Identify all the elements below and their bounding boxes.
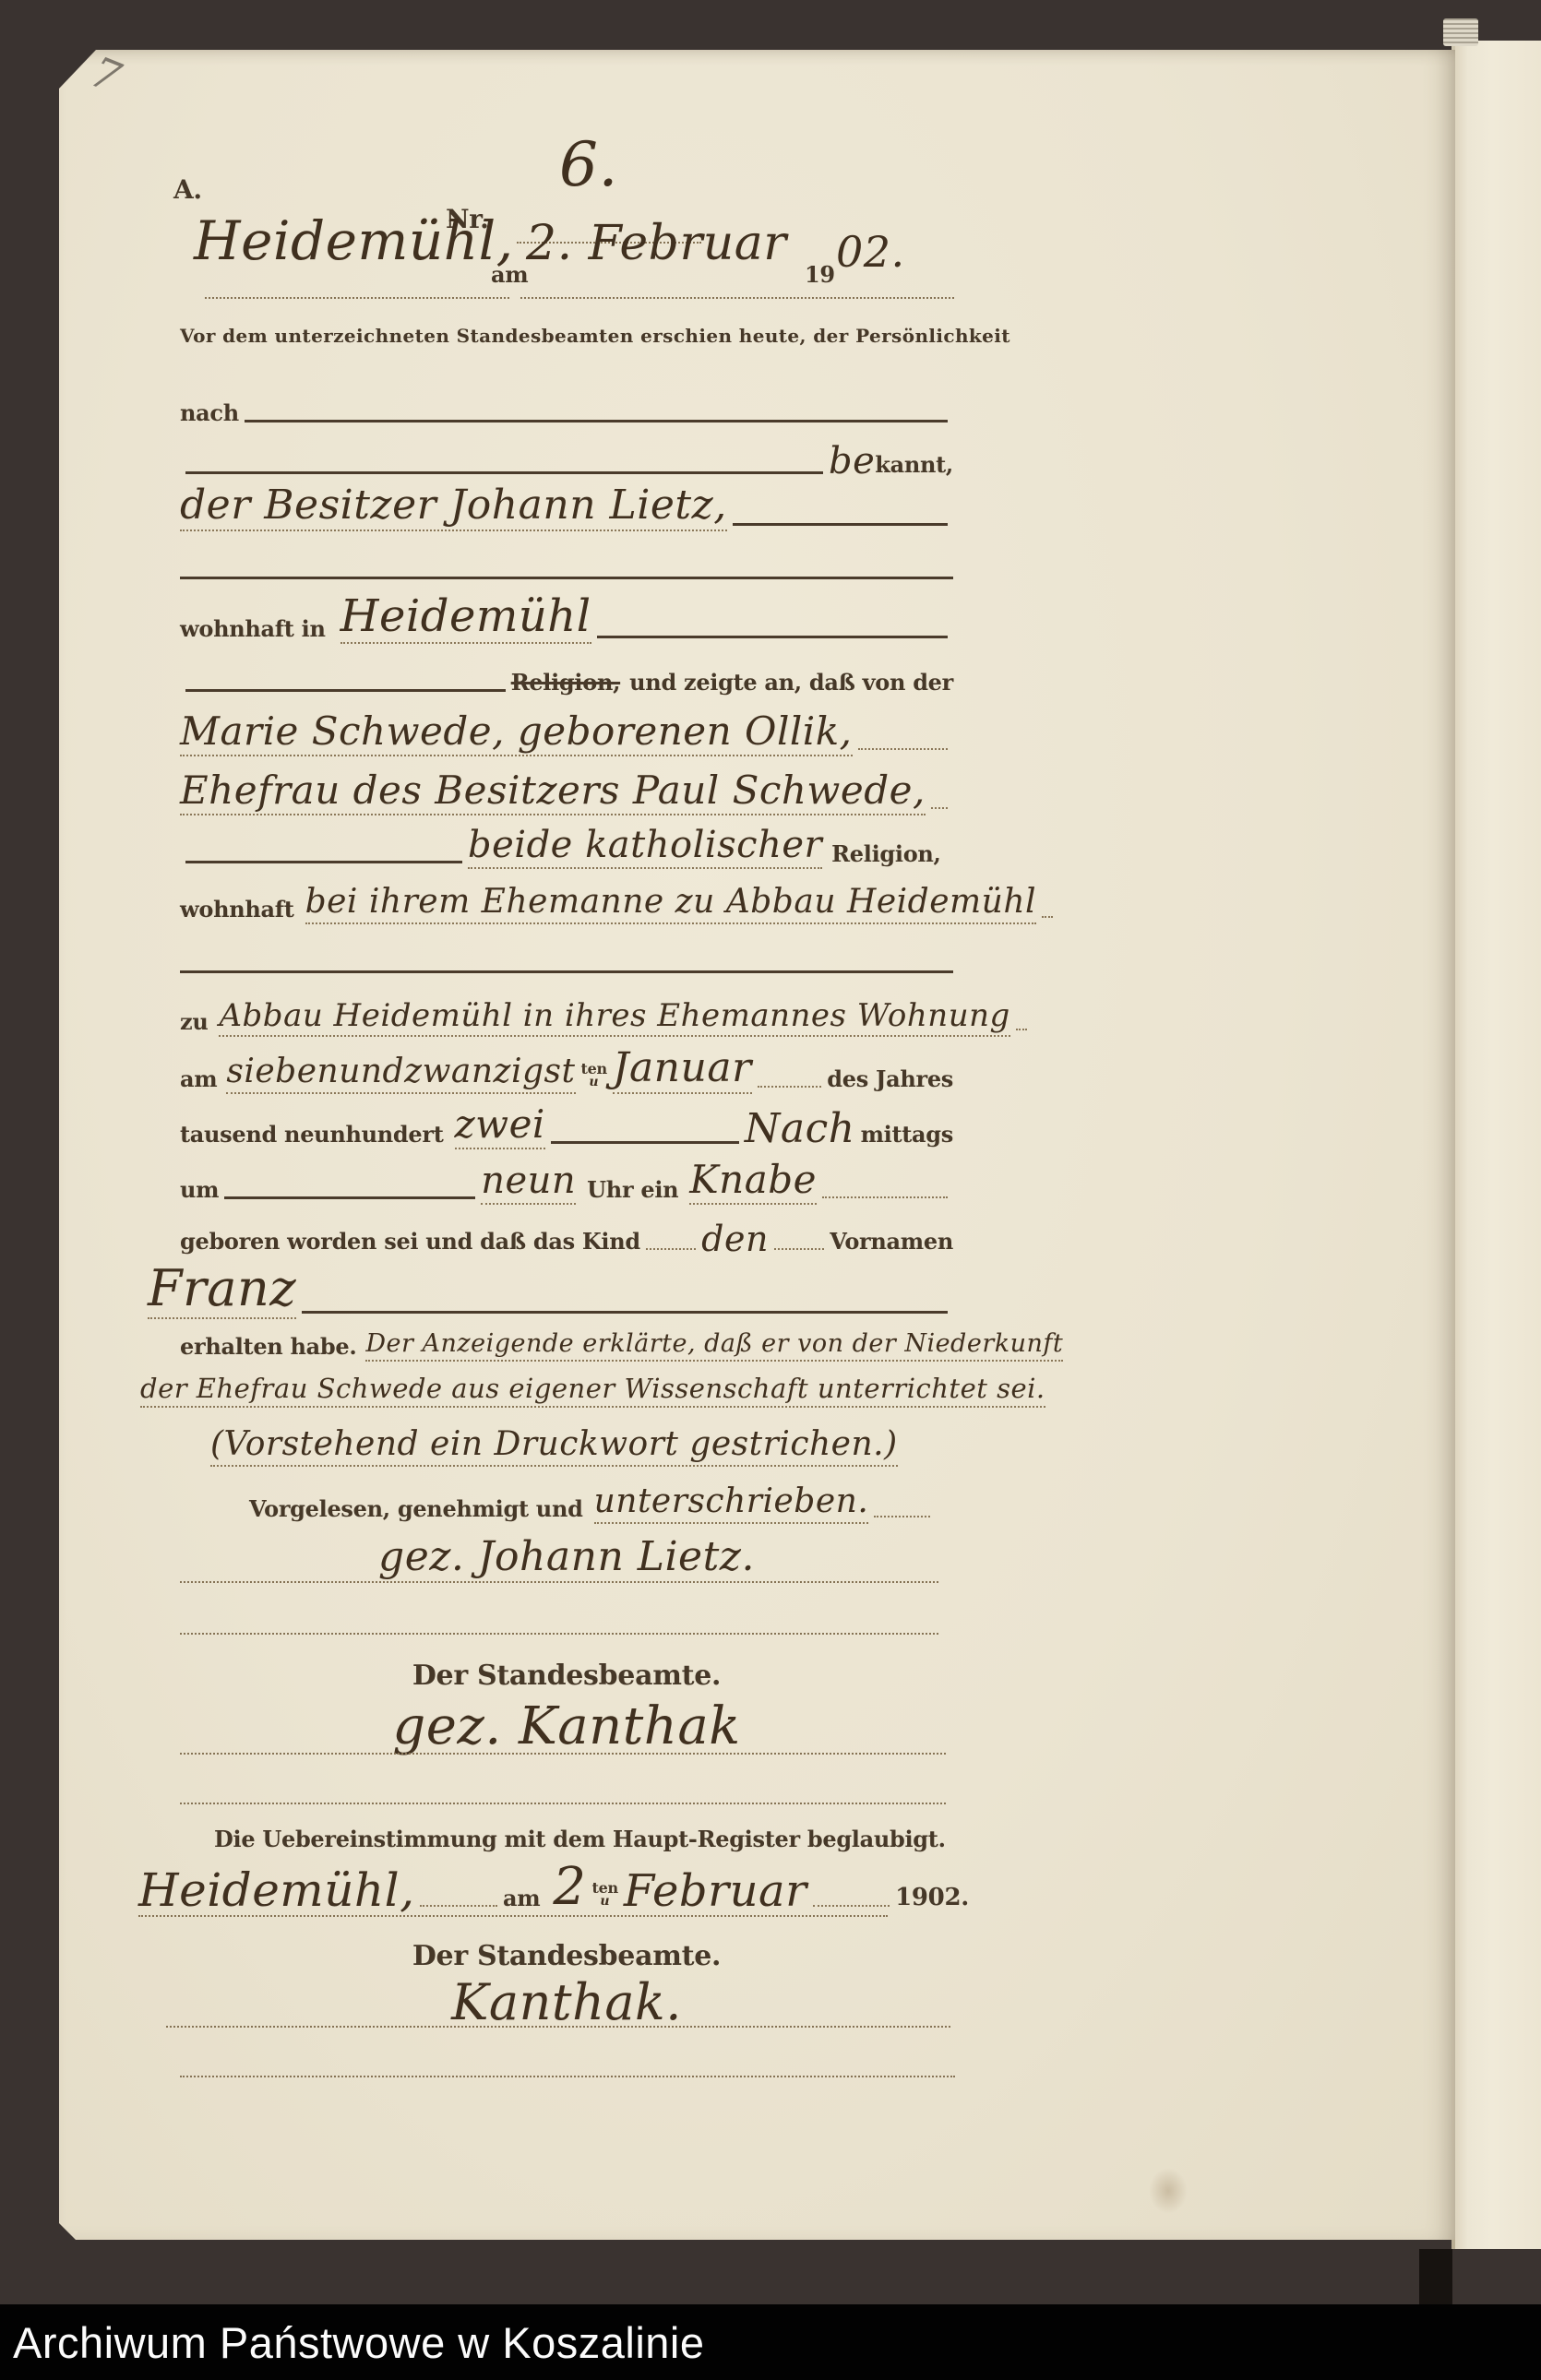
mother-residence: bei ihrem Ehemanne zu Abbau Heidemühl [305,886,1036,924]
unterschrieben-entry: unterschrieben. [594,1485,869,1524]
religion-struck-label: Religion, [511,672,620,694]
intro-text: Vor dem unterzeichneten Standesbeamten e… [180,327,1010,345]
cert-ten-suffix: ten u [592,1882,618,1910]
signature-underline [180,1753,946,1755]
cert-year: 1902. [895,1886,969,1910]
blank-line-struck [733,523,948,526]
blank-line-struck [551,1141,739,1144]
binding-thread [1443,18,1478,46]
city-underline [205,297,509,299]
mother-name: Marie Schwede, geborenen Ollik, [180,712,853,756]
tausend-label: tausend neunhundert [180,1124,444,1146]
paper-stain [1149,2168,1188,2214]
archive-bar-label: Archiwum Państwowe w Koszalinie [0,2317,705,2368]
dotted-line [758,1086,822,1088]
birthplace-entry: Abbau Heidemühl in ihres Ehemannes Wohnu… [219,1000,1009,1037]
vorgelesen-label: Vorgelesen, genehmigt und [249,1498,583,1520]
dotted-line [180,2076,955,2077]
dotted-line [774,1248,824,1250]
religion-entry: beide katholischer [468,827,822,869]
registrar-signature-1: gez. Kanthak [392,1701,740,1753]
am-label: am [180,1068,217,1090]
signature-underline [166,2026,950,2028]
dotted-line [180,1633,938,1635]
child-sex-entry: Knabe [689,1160,817,1205]
geboren-label: geboren worden sei und daß das Kind [180,1231,640,1253]
registrar-signature-2: Kanthak. [451,1978,682,2028]
blank-line-struck [302,1311,948,1314]
blank-line-struck [185,861,462,863]
binding-spine [1419,2249,1452,2306]
note-line1: Der Anzeigende erklärte, daß er von der … [365,1331,1063,1362]
religion-label: Religion, [831,843,940,865]
dotted-line [931,807,948,809]
blank-line-struck [180,577,953,579]
dotted-line [1042,916,1053,918]
date-underline [520,297,954,299]
birth-year-word: zwei [455,1105,545,1149]
record-number: 6. [559,135,618,196]
certification-text: Die Uebereinstimmung mit dem Haupt-Regis… [214,1828,946,1850]
signature-underline [180,1581,938,1583]
birth-hour: neun [481,1162,576,1205]
child-first-name: Franz [148,1264,296,1319]
wohnhaft-in-label: wohnhaft in [180,618,326,640]
next-page-edge [1455,41,1541,2249]
des-jahres-label: des Jahres [827,1068,953,1090]
blank-line-struck [245,420,948,422]
header-year-written: 02. [836,231,905,273]
dotted-line [874,1516,930,1517]
cert-day: 2 [553,1862,586,1913]
den-entry: den [701,1221,769,1256]
document-page: 7 A. Nr. 6. Heidemühl, am 2. Februar 19 … [59,50,1455,2240]
cert-city: Heidemühl, [138,1867,414,1913]
dotted-line [420,1905,497,1907]
declarant-signature: gez. Johann Lietz. [378,1537,755,1577]
mittags-label: mittags [861,1124,953,1146]
blank-line-struck [185,689,506,692]
header-date: 2. Februar [526,220,787,268]
header-city: Heidemühl, [194,214,514,268]
zu-label: zu [180,1011,208,1033]
note-line2: der Ehefrau Schwede aus eigener Wissensc… [140,1375,1045,1408]
header-year-printed: 19 [805,264,835,286]
ten-suffix: ten u [581,1063,607,1090]
dotted-line [180,1803,946,1804]
registrar-title-1: Der Standesbeamte. [412,1662,721,1690]
declarant-residence: Heidemühl [340,594,591,644]
birth-month: Januar [613,1048,752,1094]
dotted-line [1016,1029,1027,1030]
cert-month: Februar [624,1869,807,1913]
wohnhaft-label: wohnhaft [180,898,294,921]
nach-mittags-entry: Nach [745,1109,855,1149]
zeigte-an-label: und zeigte an, daß von der [629,672,953,694]
dotted-line [858,748,948,750]
uhr-ein-label: Uhr ein [587,1179,678,1201]
declarant-name: der Besitzer Johann Lietz, [180,485,727,531]
blank-line-struck [597,636,948,638]
dotted-line [813,1905,890,1907]
registrar-title-2: Der Standesbeamte. [412,1943,721,1970]
vornamen-label: Vornamen [830,1231,953,1253]
ten-suffix-top: ten [581,1063,607,1076]
header-am-label: am [491,264,528,286]
um-label: um [180,1179,219,1201]
note-line3: (Vorstehend ein Druckwort gestrichen.) [210,1428,898,1467]
cert-am-label: am [503,1887,540,1910]
cert-underline [138,1915,888,1917]
blank-line-struck [224,1196,475,1199]
scan-stage: 7 A. Nr. 6. Heidemühl, am 2. Februar 19 … [0,0,1541,2380]
archive-bar: Archiwum Państwowe w Koszalinie [0,2304,1541,2380]
form-letter-a: A. [173,177,202,203]
dotted-line [822,1196,948,1198]
dotted-line [646,1248,696,1250]
mother-status: Ehefrau des Besitzers Paul Schwede, [180,771,926,815]
pencil-page-number: 7 [85,50,126,100]
ten-suffix-flourish: u [589,1076,599,1089]
cert-ten-flourish: u [600,1895,610,1908]
erhalten-label: erhalten habe. [180,1336,356,1358]
blank-line-struck [180,970,953,973]
cert-ten-top: ten [592,1882,618,1895]
birth-day-word: siebenundzwanzigst [226,1055,575,1094]
nach-label: nach [180,402,239,424]
